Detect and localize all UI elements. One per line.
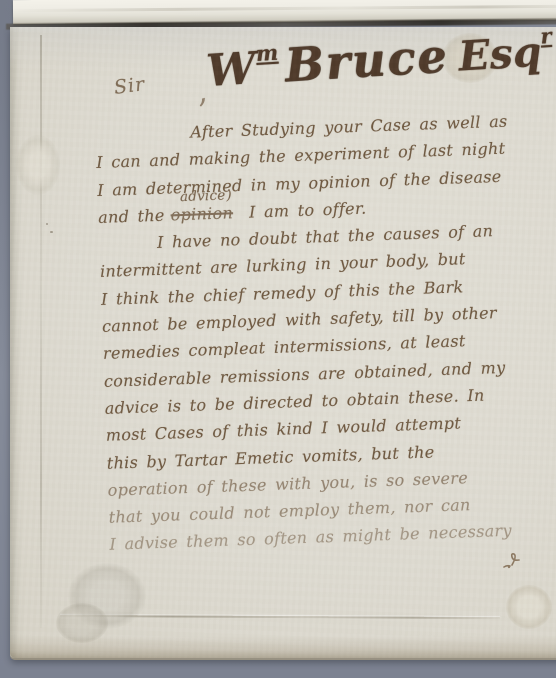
recipient-first-initial: W: [205, 43, 258, 97]
vertical-crease: [40, 35, 42, 628]
emendation-after: I am to offer.: [249, 198, 367, 221]
letter-page: Sir , WmBruceEsqr After Studying your Ca…: [10, 27, 556, 660]
salutation: Sir: [113, 73, 147, 99]
ink-speck: [50, 231, 53, 233]
paper-stain: [68, 563, 146, 629]
recipient-surname: Bruce: [283, 28, 450, 92]
paper-stain: [506, 585, 552, 629]
paper-stain: [56, 603, 108, 643]
recipient-honorific: Esq: [457, 28, 543, 81]
photo-backdrop: { "photo": { "backdrop_color": "#868c9a"…: [0, 0, 556, 678]
struck-word: opinion: [170, 203, 233, 224]
ink-flourish-mark: [498, 547, 524, 573]
letter-body: After Studying your Case as well as I ca…: [95, 110, 556, 562]
recipient-first-superscript: m: [255, 39, 279, 65]
ink-speck: [46, 223, 48, 225]
recipient-header: WmBruceEsqr: [205, 22, 554, 97]
inserted-word: advice: [180, 187, 232, 205]
emendation-wrap: opinionadvice: [170, 203, 233, 224]
emendation-before: and the: [98, 206, 165, 227]
recipient-honorific-superscript: r: [540, 23, 553, 49]
manuscript-photograph: Sir , WmBruceEsqr After Studying your Ca…: [0, 0, 556, 678]
paper-stain: [16, 135, 60, 195]
horizontal-fold-crease: [60, 615, 500, 619]
